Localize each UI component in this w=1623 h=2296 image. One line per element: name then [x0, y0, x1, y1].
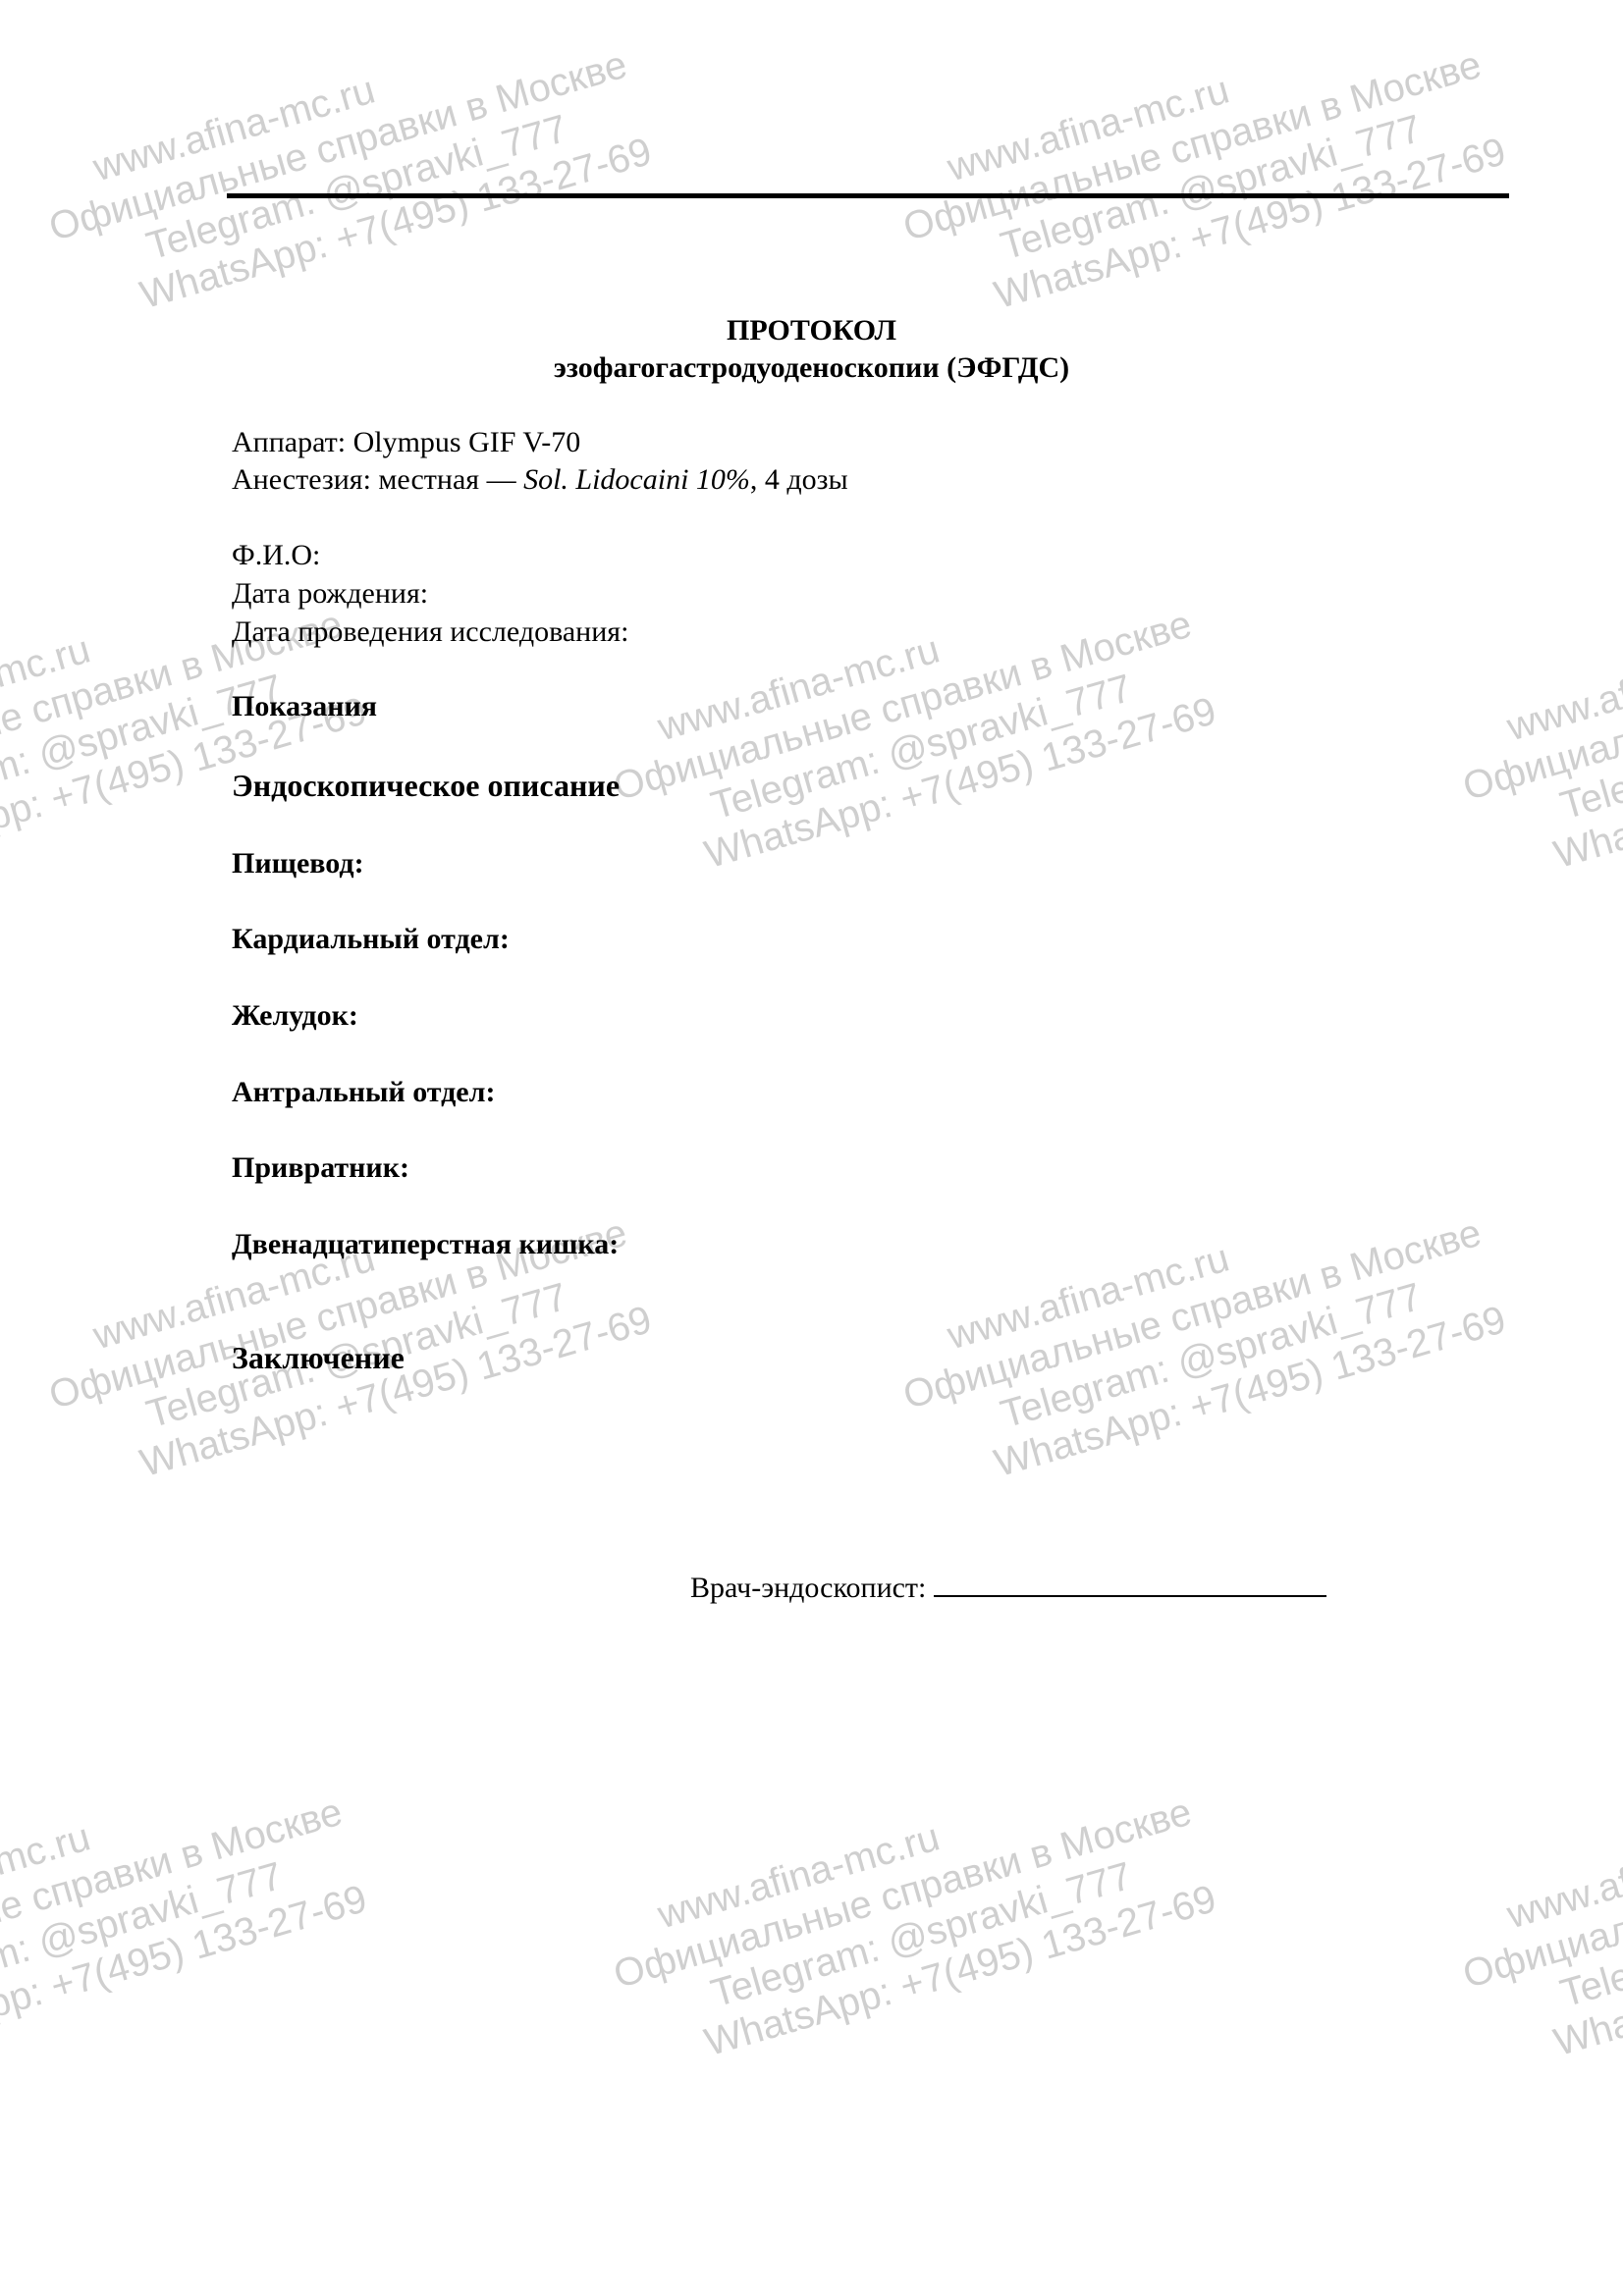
patient-name-label: Ф.И.О:: [232, 539, 320, 572]
section-pylorus: Привратник:: [232, 1151, 409, 1185]
apparatus-line: Аппарат: Olympus GIF V-70: [232, 426, 580, 459]
endoscopic-description-heading: Эндоскопическое описание: [232, 768, 620, 804]
signature-label: Врач-эндоскопист:: [690, 1572, 926, 1604]
section-stomach: Желудок:: [232, 999, 358, 1033]
conclusion-heading: Заключение: [232, 1340, 405, 1376]
section-cardia: Кардиальный отдел:: [232, 923, 510, 956]
apparatus-label: Аппарат:: [232, 426, 353, 458]
indications-heading: Показания: [232, 690, 377, 723]
document-title: ПРОТОКОЛ: [0, 314, 1623, 347]
section-esophagus: Пищевод:: [232, 847, 364, 881]
anesthesia-line: Анестезия: местная — Sol. Lidocaini 10%,…: [232, 463, 848, 497]
signature-block: Врач-эндоскопист:: [690, 1568, 1326, 1605]
document-page: ПРОТОКОЛ эзофагогастродуоденоскопии (ЭФГ…: [0, 0, 1623, 2296]
document-subtitle: эзофагогастродуоденоскопии (ЭФГДС): [0, 351, 1623, 385]
section-duodenum: Двенадцатиперстная кишка:: [232, 1228, 619, 1261]
anesthesia-label: Анестезия: местная —: [232, 463, 523, 496]
section-antrum: Антральный отдел:: [232, 1076, 495, 1109]
header-rule: [227, 193, 1509, 198]
birth-date-label: Дата рождения:: [232, 577, 428, 611]
signature-line: [934, 1568, 1326, 1597]
apparatus-value: Olympus GIF V-70: [353, 426, 581, 458]
anesthesia-dose: , 4 дозы: [750, 463, 848, 496]
anesthesia-drug: Sol. Lidocaini 10%: [523, 463, 750, 496]
exam-date-label: Дата проведения исследования:: [232, 615, 628, 649]
